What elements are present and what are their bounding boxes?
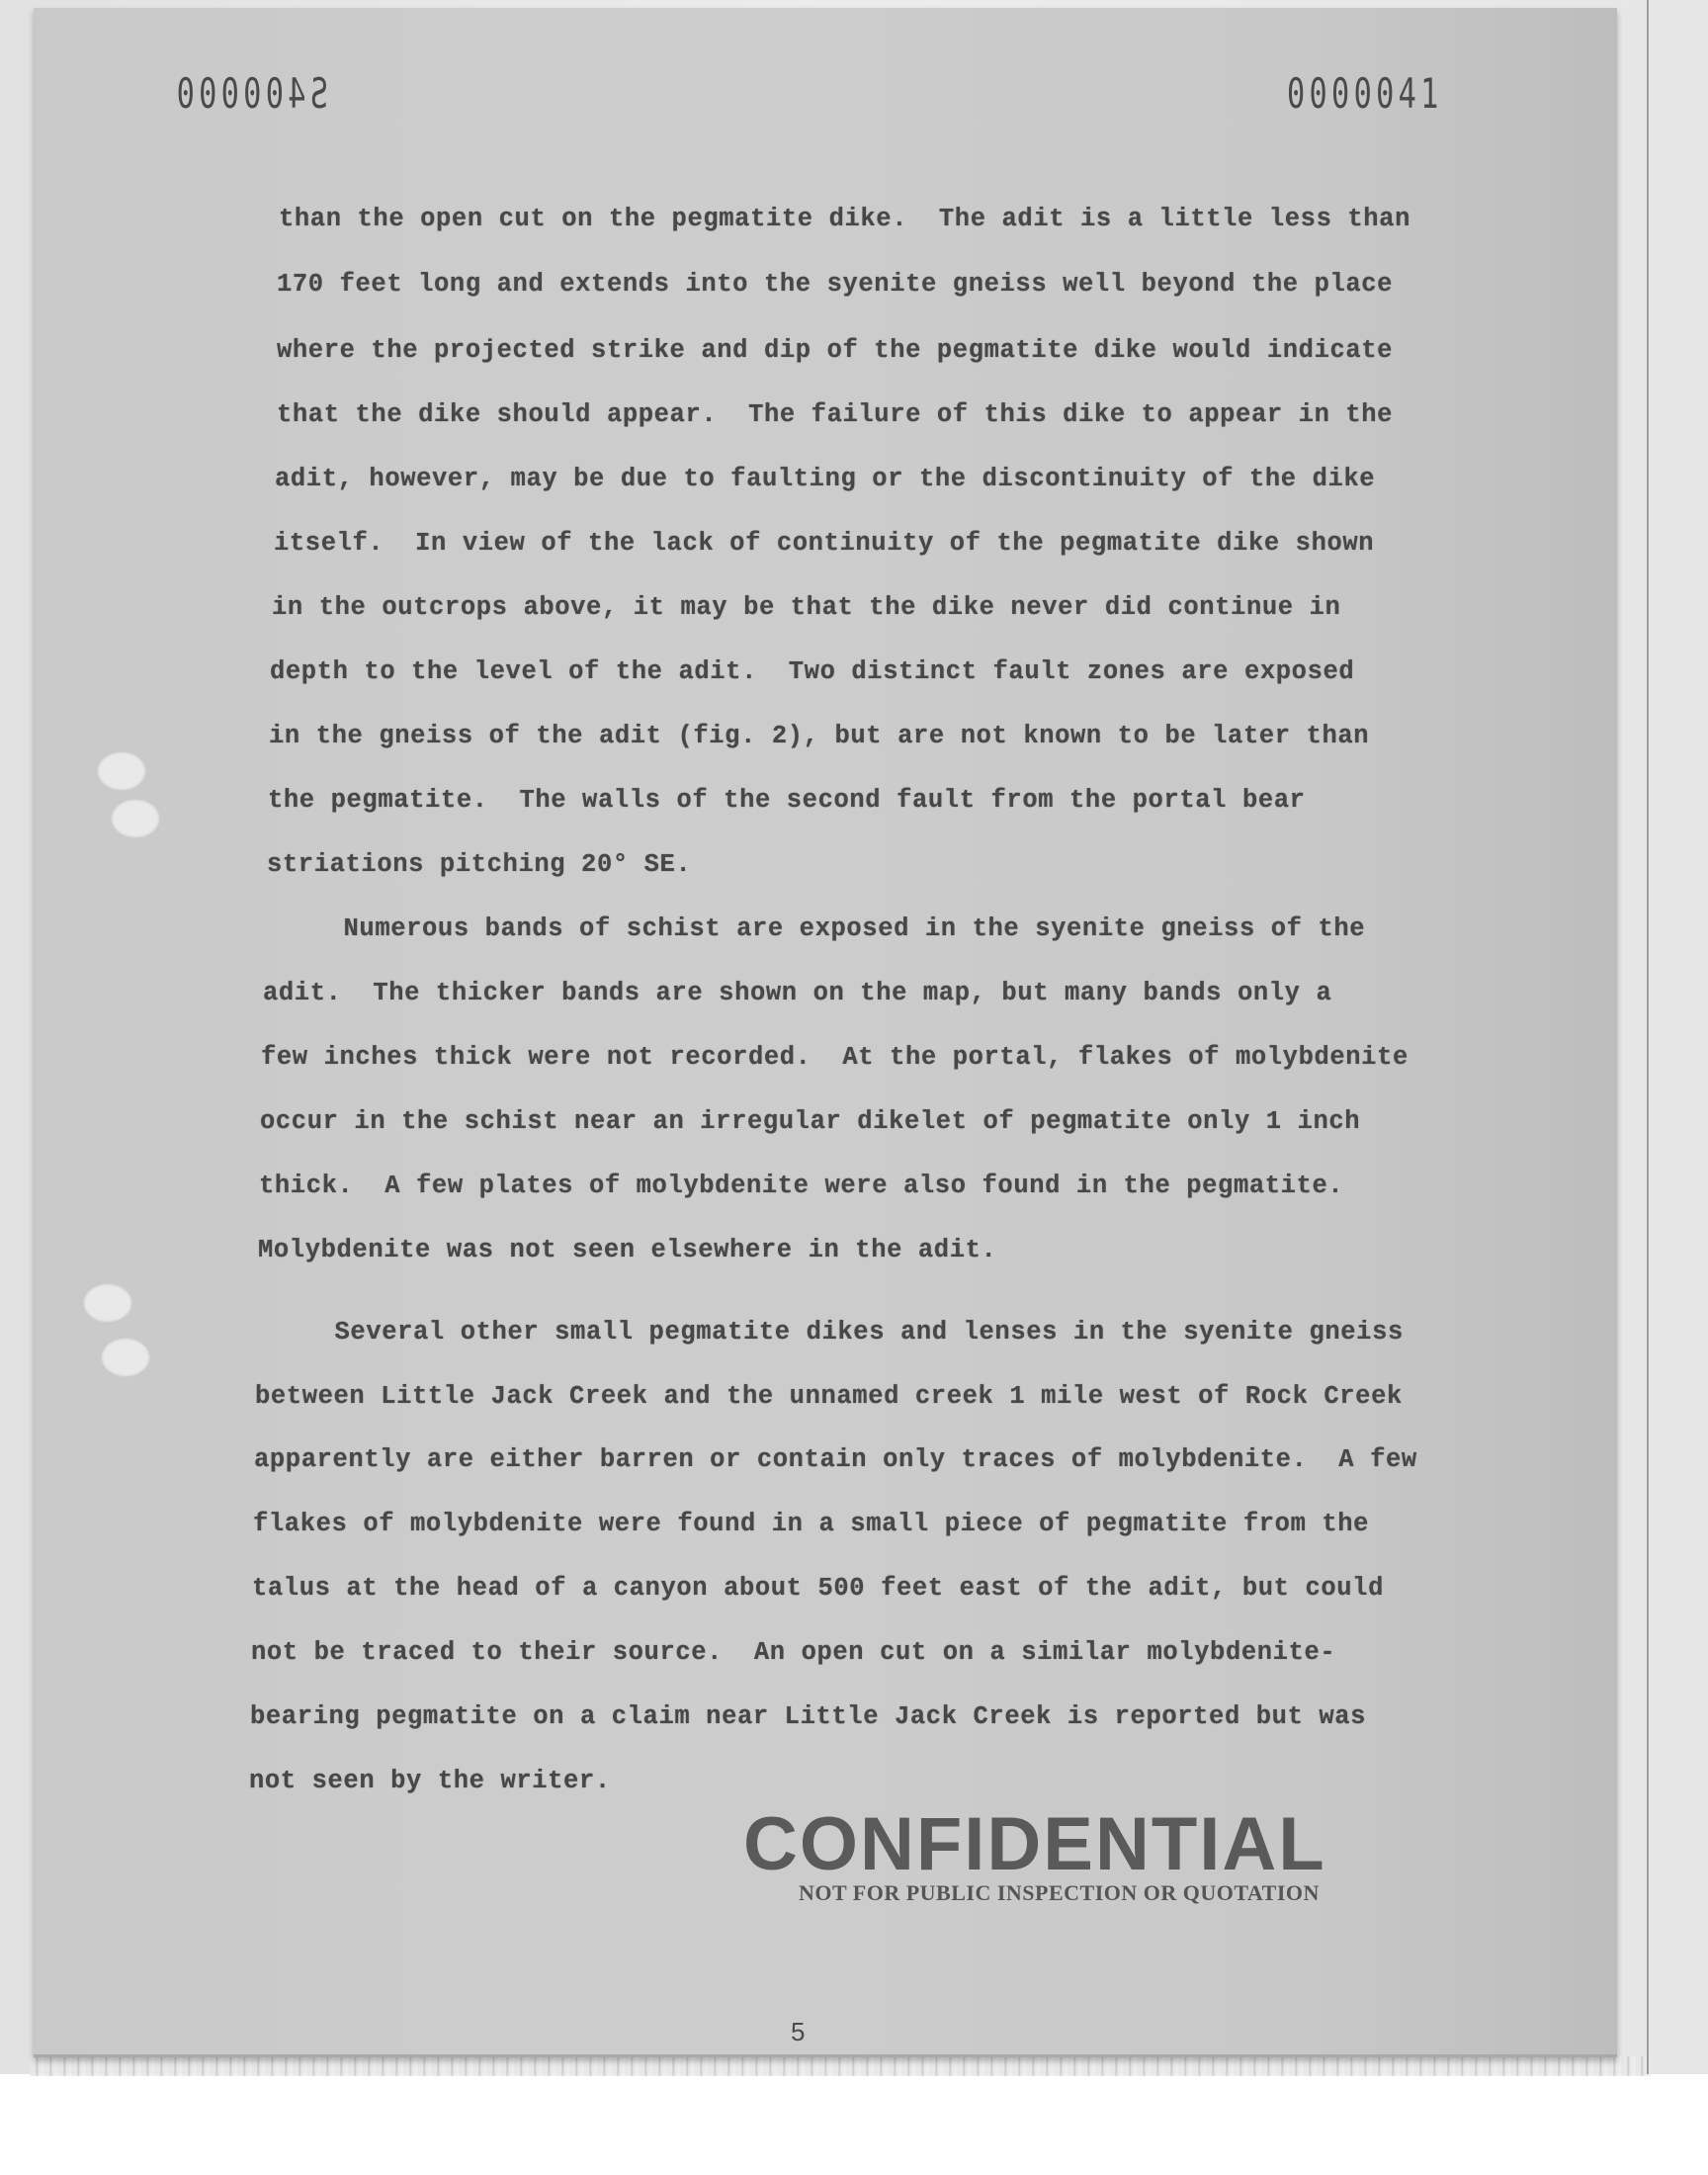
text-line: where the projected strike and dip of th… — [277, 336, 1393, 365]
text-line: thick. A few plates of molybdenite were … — [259, 1172, 1343, 1200]
text-line: not seen by the writer. — [249, 1767, 611, 1795]
text-line: Numerous bands of schist are exposed in … — [265, 914, 1365, 943]
text-line: 170 feet long and extends into the syeni… — [277, 270, 1393, 299]
text-line: Several other small pegmatite dikes and … — [256, 1318, 1404, 1347]
text-line: the pegmatite. The walls of the second f… — [268, 786, 1306, 815]
text-line: apparently are either barren or contain … — [254, 1445, 1417, 1474]
text-line: than the open cut on the pegmatite dike.… — [279, 205, 1410, 233]
text-line: depth to the level of the adit. Two dist… — [270, 657, 1354, 686]
text-line: few inches thick were not recorded. At t… — [261, 1043, 1409, 1072]
text-line: striations pitching 20° SE. — [267, 850, 691, 879]
text-line: talus at the head of a canyon about 500 … — [252, 1574, 1384, 1603]
text-line: itself. In view of the lack of continuit… — [274, 529, 1374, 558]
confidential-stamp-subtitle: NOT FOR PUBLIC INSPECTION OR QUOTATION — [799, 1880, 1320, 1906]
page-number: 5 — [791, 2017, 805, 2047]
text-line: adit, however, may be due to faulting or… — [275, 465, 1375, 493]
text-line: in the gneiss of the adit (fig. 2), but … — [269, 722, 1369, 750]
text-line: adit. The thicker bands are shown on the… — [263, 979, 1331, 1007]
text-line: not be traced to their source. An open c… — [251, 1638, 1335, 1667]
text-line: Molybdenite was not seen elsewhere in th… — [258, 1236, 996, 1264]
text-line: bearing pegmatite on a claim near Little… — [250, 1702, 1366, 1731]
text-line: in the outcrops above, it may be that th… — [272, 593, 1340, 622]
text-line: occur in the schist near an irregular di… — [260, 1107, 1360, 1136]
confidential-stamp-title: CONFIDENTIAL — [743, 1801, 1326, 1887]
text-line: between Little Jack Creek and the unname… — [255, 1382, 1403, 1411]
text-line: that the dike should appear. The failure… — [277, 400, 1393, 429]
text-line: flakes of molybdenite were found in a sm… — [253, 1510, 1369, 1538]
